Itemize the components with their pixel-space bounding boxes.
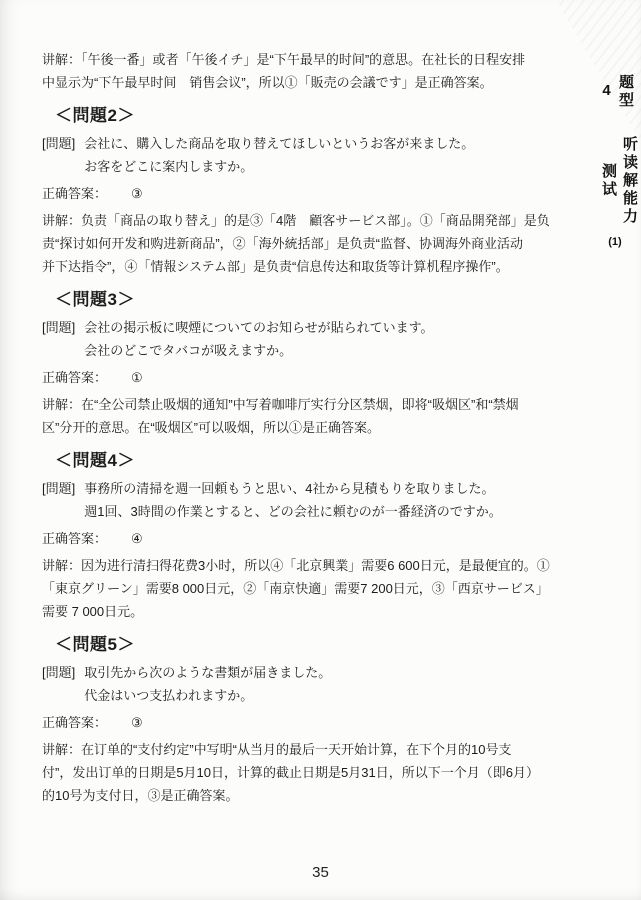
chapter-tag-label: 题型 [617, 74, 634, 110]
question-block: [問題] 会社の掲示板に喫煙についてのお知らせが貼られています。 会社のどこでタ… [42, 316, 582, 362]
question-block: [問題] 会社に、購入した商品を取り替えてほしいというお客が来ました。 お客をど… [42, 132, 582, 178]
chapter-tag-number: 4 [598, 82, 615, 102]
page-footer: 35 [0, 864, 641, 882]
answer-value: ③ [131, 186, 143, 201]
question-line: お客をどこに案内しますか。 [84, 155, 582, 178]
answer-row: 正确答案：① [42, 366, 582, 389]
question-text: 会社に、購入した商品を取り替えてほしいというお客が来ました。 お客をどこに案内し… [84, 132, 582, 178]
answer-row: 正确答案：③ [42, 711, 582, 734]
problem-heading: ＜問題4＞ [55, 449, 582, 473]
problem-heading: ＜問題3＞ [55, 288, 582, 312]
question-text: 会社の掲示板に喫煙についてのお知らせが貼られています。 会社のどこでタバコが吸え… [84, 316, 582, 362]
problem-heading: ＜問題2＞ [55, 104, 582, 128]
answer-row: 正确答案：③ [42, 182, 582, 205]
chapter-tag: 题型4 [598, 66, 636, 118]
question-text: 取引先から次のような書類が届きました。 代金はいつ支払われますか。 [84, 661, 582, 707]
page-content: 讲解：「午後一番」或者「午後イチ」是“下午最早的时间”的意思。在社长的日程安排 … [42, 48, 582, 807]
problem-section-5: ＜問題5＞ [問題] 取引先から次のような書類が届きました。 代金はいつ支払われ… [42, 633, 582, 807]
question-label: [問題] [42, 132, 75, 178]
answer-row: 正确答案：④ [42, 527, 582, 550]
question-block: [問題] 取引先から次のような書類が届きました。 代金はいつ支払われますか。 [42, 661, 582, 707]
answer-value: ④ [131, 531, 143, 546]
explanation-text: 讲解：在“全公司禁止吸烟的通知”中写着咖啡厅实行分区禁烟，即将“吸烟区”和“禁烟… [42, 393, 582, 439]
problem-section-4: ＜問題4＞ [問題] 事務所の清掃を週一回頼もうと思い、4社から見積もりを取りま… [42, 449, 582, 623]
question-text: 事務所の清掃を週一回頼もうと思い、4社から見積もりを取りました。 週1回、3時間… [84, 477, 582, 523]
question-line: 会社の掲示板に喫煙についてのお知らせが貼られています。 [84, 316, 582, 339]
question-line: 週1回、3時間の作業とすると、どの会社に頼むのが一番経済のですか。 [84, 500, 582, 523]
answer-label: 正确答案： [42, 715, 107, 730]
question-label: [問題] [42, 477, 75, 523]
book-page: 题型4 听读解能力测试 (1) 讲解：「午後一番」或者「午後イチ」是“下午最早的… [0, 0, 641, 900]
chapter-subtitle: (1) [598, 236, 632, 248]
answer-value: ③ [131, 715, 143, 730]
question-line: 事務所の清掃を週一回頼もうと思い、4社から見積もりを取りました。 [84, 477, 582, 500]
problem-section-2: ＜問題2＞ [問題] 会社に、購入した商品を取り替えてほしいというお客が来ました… [42, 104, 582, 278]
problem-heading: ＜問題5＞ [55, 633, 582, 657]
answer-label: 正确答案： [42, 531, 107, 546]
answer-value: ① [131, 370, 143, 385]
question-line: 会社のどこでタバコが吸えますか。 [84, 339, 582, 362]
chapter-title: 听读解能力测试 [598, 130, 640, 232]
page-number: 35 [312, 864, 329, 881]
problem-section-3: ＜問題3＞ [問題] 会社の掲示板に喫煙についてのお知らせが貼られています。 会… [42, 288, 582, 439]
answer-label: 正确答案： [42, 370, 107, 385]
question-label: [問題] [42, 661, 75, 707]
question-line: 取引先から次のような書類が届きました。 [84, 661, 582, 684]
question-label: [問題] [42, 316, 75, 362]
explanation-text: 讲解：在订单的“支付约定”中写明“从当月的最后一天开始计算，在下个月的10号支 … [42, 738, 582, 807]
question-block: [問題] 事務所の清掃を週一回頼もうと思い、4社から見積もりを取りました。 週1… [42, 477, 582, 523]
question-line: 会社に、購入した商品を取り替えてほしいというお客が来ました。 [84, 132, 582, 155]
answer-label: 正确答案： [42, 186, 107, 201]
explanation-text: 讲解：因为进行清扫得花费3小时，所以④「北京興業」需要6 600日元，是最便宜的… [42, 554, 582, 623]
intro-explanation: 讲解：「午後一番」或者「午後イチ」是“下午最早的时间”的意思。在社长的日程安排 … [42, 48, 582, 94]
question-line: 代金はいつ支払われますか。 [84, 684, 582, 707]
chapter-side-tab: 题型4 听读解能力测试 (1) [598, 66, 632, 248]
explanation-text: 讲解：负责「商品の取り替え」的是③「4階 顧客サービス部」。①「商品開発部」是负… [42, 209, 582, 278]
